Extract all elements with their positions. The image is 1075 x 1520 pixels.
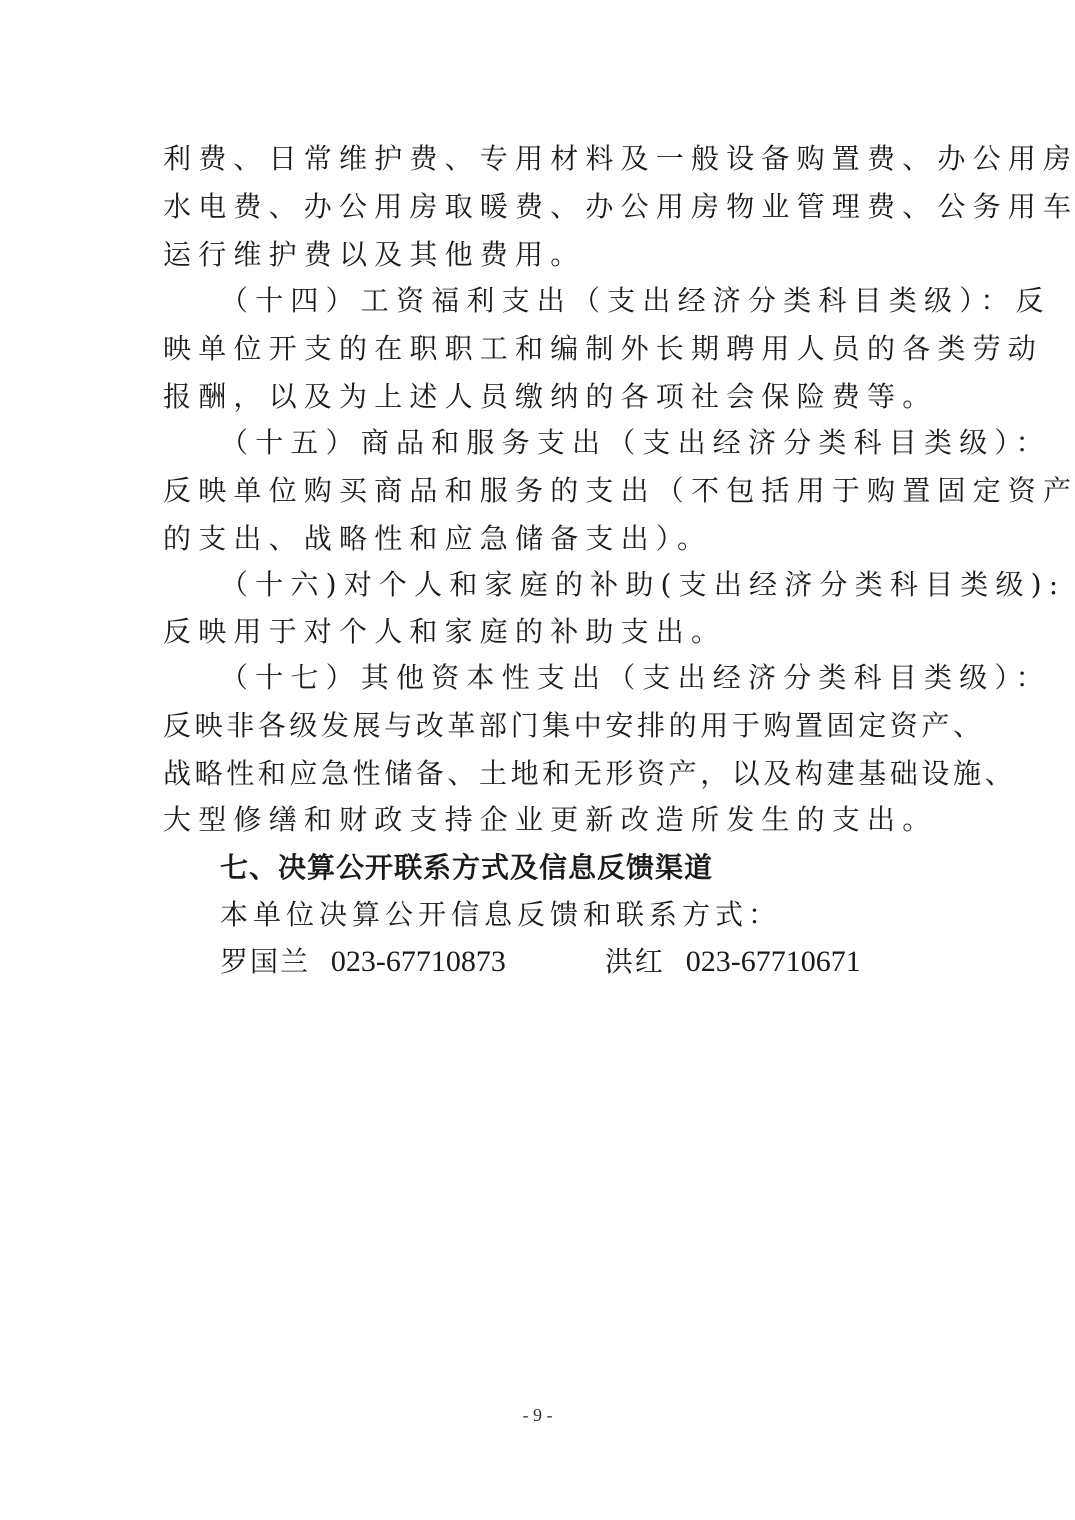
item-17-line-4: 大型修缮和财政支持企业更新改造所发生的支出。 <box>163 796 913 844</box>
item-16-title: （十六)对个人和家庭的补助(支出经济分类科目类级): <box>220 561 970 609</box>
item-14-line-2: 映单位开支的在职职工和编制外长期聘用人员的各类劳动 <box>163 325 913 373</box>
document-page: 利费、日常维护费、专用材料及一般设备购置费、办公用房 水电费、办公用房取暖费、办… <box>0 0 1075 1520</box>
paragraph-13-line-2: 水电费、办公用房取暖费、办公用房物业管理费、公务用车 <box>163 183 913 231</box>
item-15-line-2: 反映单位购买商品和服务的支出（不包括用于购置固定资产 <box>163 467 913 515</box>
section-heading: 七、决算公开联系方式及信息反馈渠道 <box>220 844 970 892</box>
item-16-line-2: 反映用于对个人和家庭的补助支出。 <box>163 608 913 656</box>
item-17-line-3: 战略性和应急性储备、土地和无形资产，以及构建基础设施、 <box>163 750 913 798</box>
item-15-title: （十五）商品和服务支出（支出经济分类科目类级）： <box>220 419 970 467</box>
item-17-title: （十七）其他资本性支出（支出经济分类科目类级）： <box>220 654 970 702</box>
item-15-line-3: 的支出、战略性和应急储备支出）。 <box>163 515 913 563</box>
contact-name-1: 罗国兰 <box>220 938 310 986</box>
contact-phone-2: 023-67710671 <box>686 938 861 986</box>
contact-intro: 本单位决算公开信息反馈和联系方式： <box>220 891 970 939</box>
paragraph-13-line-3: 运行维护费以及其他费用。 <box>163 231 913 279</box>
item-14-line-3: 报酬，以及为上述人员缴纳的各项社会保险费等。 <box>163 373 913 421</box>
paragraph-13-line-1: 利费、日常维护费、专用材料及一般设备购置费、办公用房 <box>163 135 913 183</box>
contact-row: 罗国兰 023-67710873 洪红 023-67710671 <box>220 938 970 986</box>
contact-name-2: 洪红 <box>605 938 665 986</box>
item-17-line-2: 反映非各级发展与改革部门集中安排的用于购置固定资产、 <box>163 702 913 750</box>
contact-phone-1: 023-67710873 <box>331 938 506 986</box>
item-14-title: （十四）工资福利支出（支出经济分类科目类级）：反 <box>220 277 970 325</box>
page-number: - 9 - <box>0 1405 1075 1426</box>
